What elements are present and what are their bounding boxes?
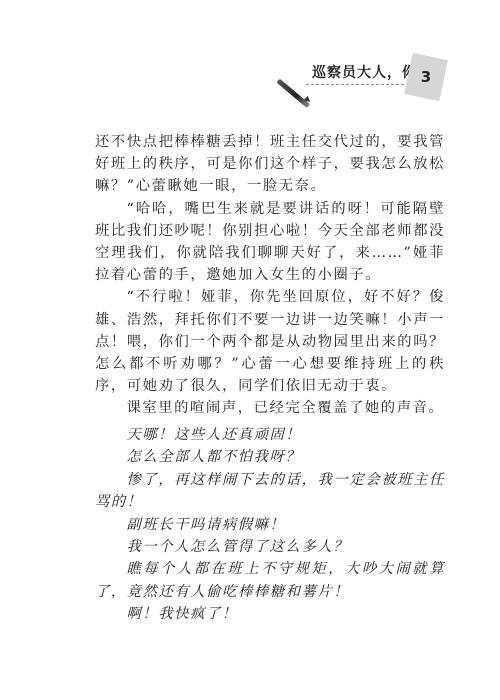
thought-line: 我一个人怎么管得了这么多人？ — [95, 536, 445, 558]
thought-line: 天哪！这些人还真顽固！ — [95, 424, 445, 446]
thought-line: 怎么全部人都不怕我呀？ — [95, 446, 445, 468]
running-header: 巡察员大人，你好 3 — [0, 0, 500, 120]
thought-line: 副班长干吗请病假嘛！ — [95, 514, 445, 536]
paragraph: “哈哈，嘴巴生来就是要讲话的呀！可能隔壁班比我们还吵呢！你别担心啦！今天全部老师… — [95, 198, 445, 287]
header-dashed-rule — [306, 84, 404, 85]
paragraph: “不行啦！娅菲，你先坐回原位，好不好？俊雄、浩然，拜托你们不要一边讲一边笑嘛！小… — [95, 286, 445, 397]
thought-line: 啊！我快疯了！ — [95, 603, 445, 625]
thought-line: 瞧每个人都在班上不守规矩，大吵大闹就算了，竟然还有人偷吃棒棒糖和薯片！ — [95, 558, 445, 603]
body-text: 还不快点把棒棒糖丢掉！班主任交代过的，要我管好班上的秩序，可是你们这个样子，要我… — [95, 131, 445, 420]
thought-line: 惨了，再这样闹下去的话，我一定会被班主任骂的！ — [95, 469, 445, 514]
page-number: 3 — [408, 56, 444, 98]
inner-thoughts: 天哪！这些人还真顽固！ 怎么全部人都不怕我呀？ 惨了，再这样闹下去的话，我一定会… — [95, 424, 445, 626]
paragraph: 还不快点把棒棒糖丢掉！班主任交代过的，要我管好班上的秩序，可是你们这个样子，要我… — [95, 131, 445, 198]
paragraph: 课室里的喧闹声，已经完全覆盖了她的声音。 — [95, 397, 445, 419]
